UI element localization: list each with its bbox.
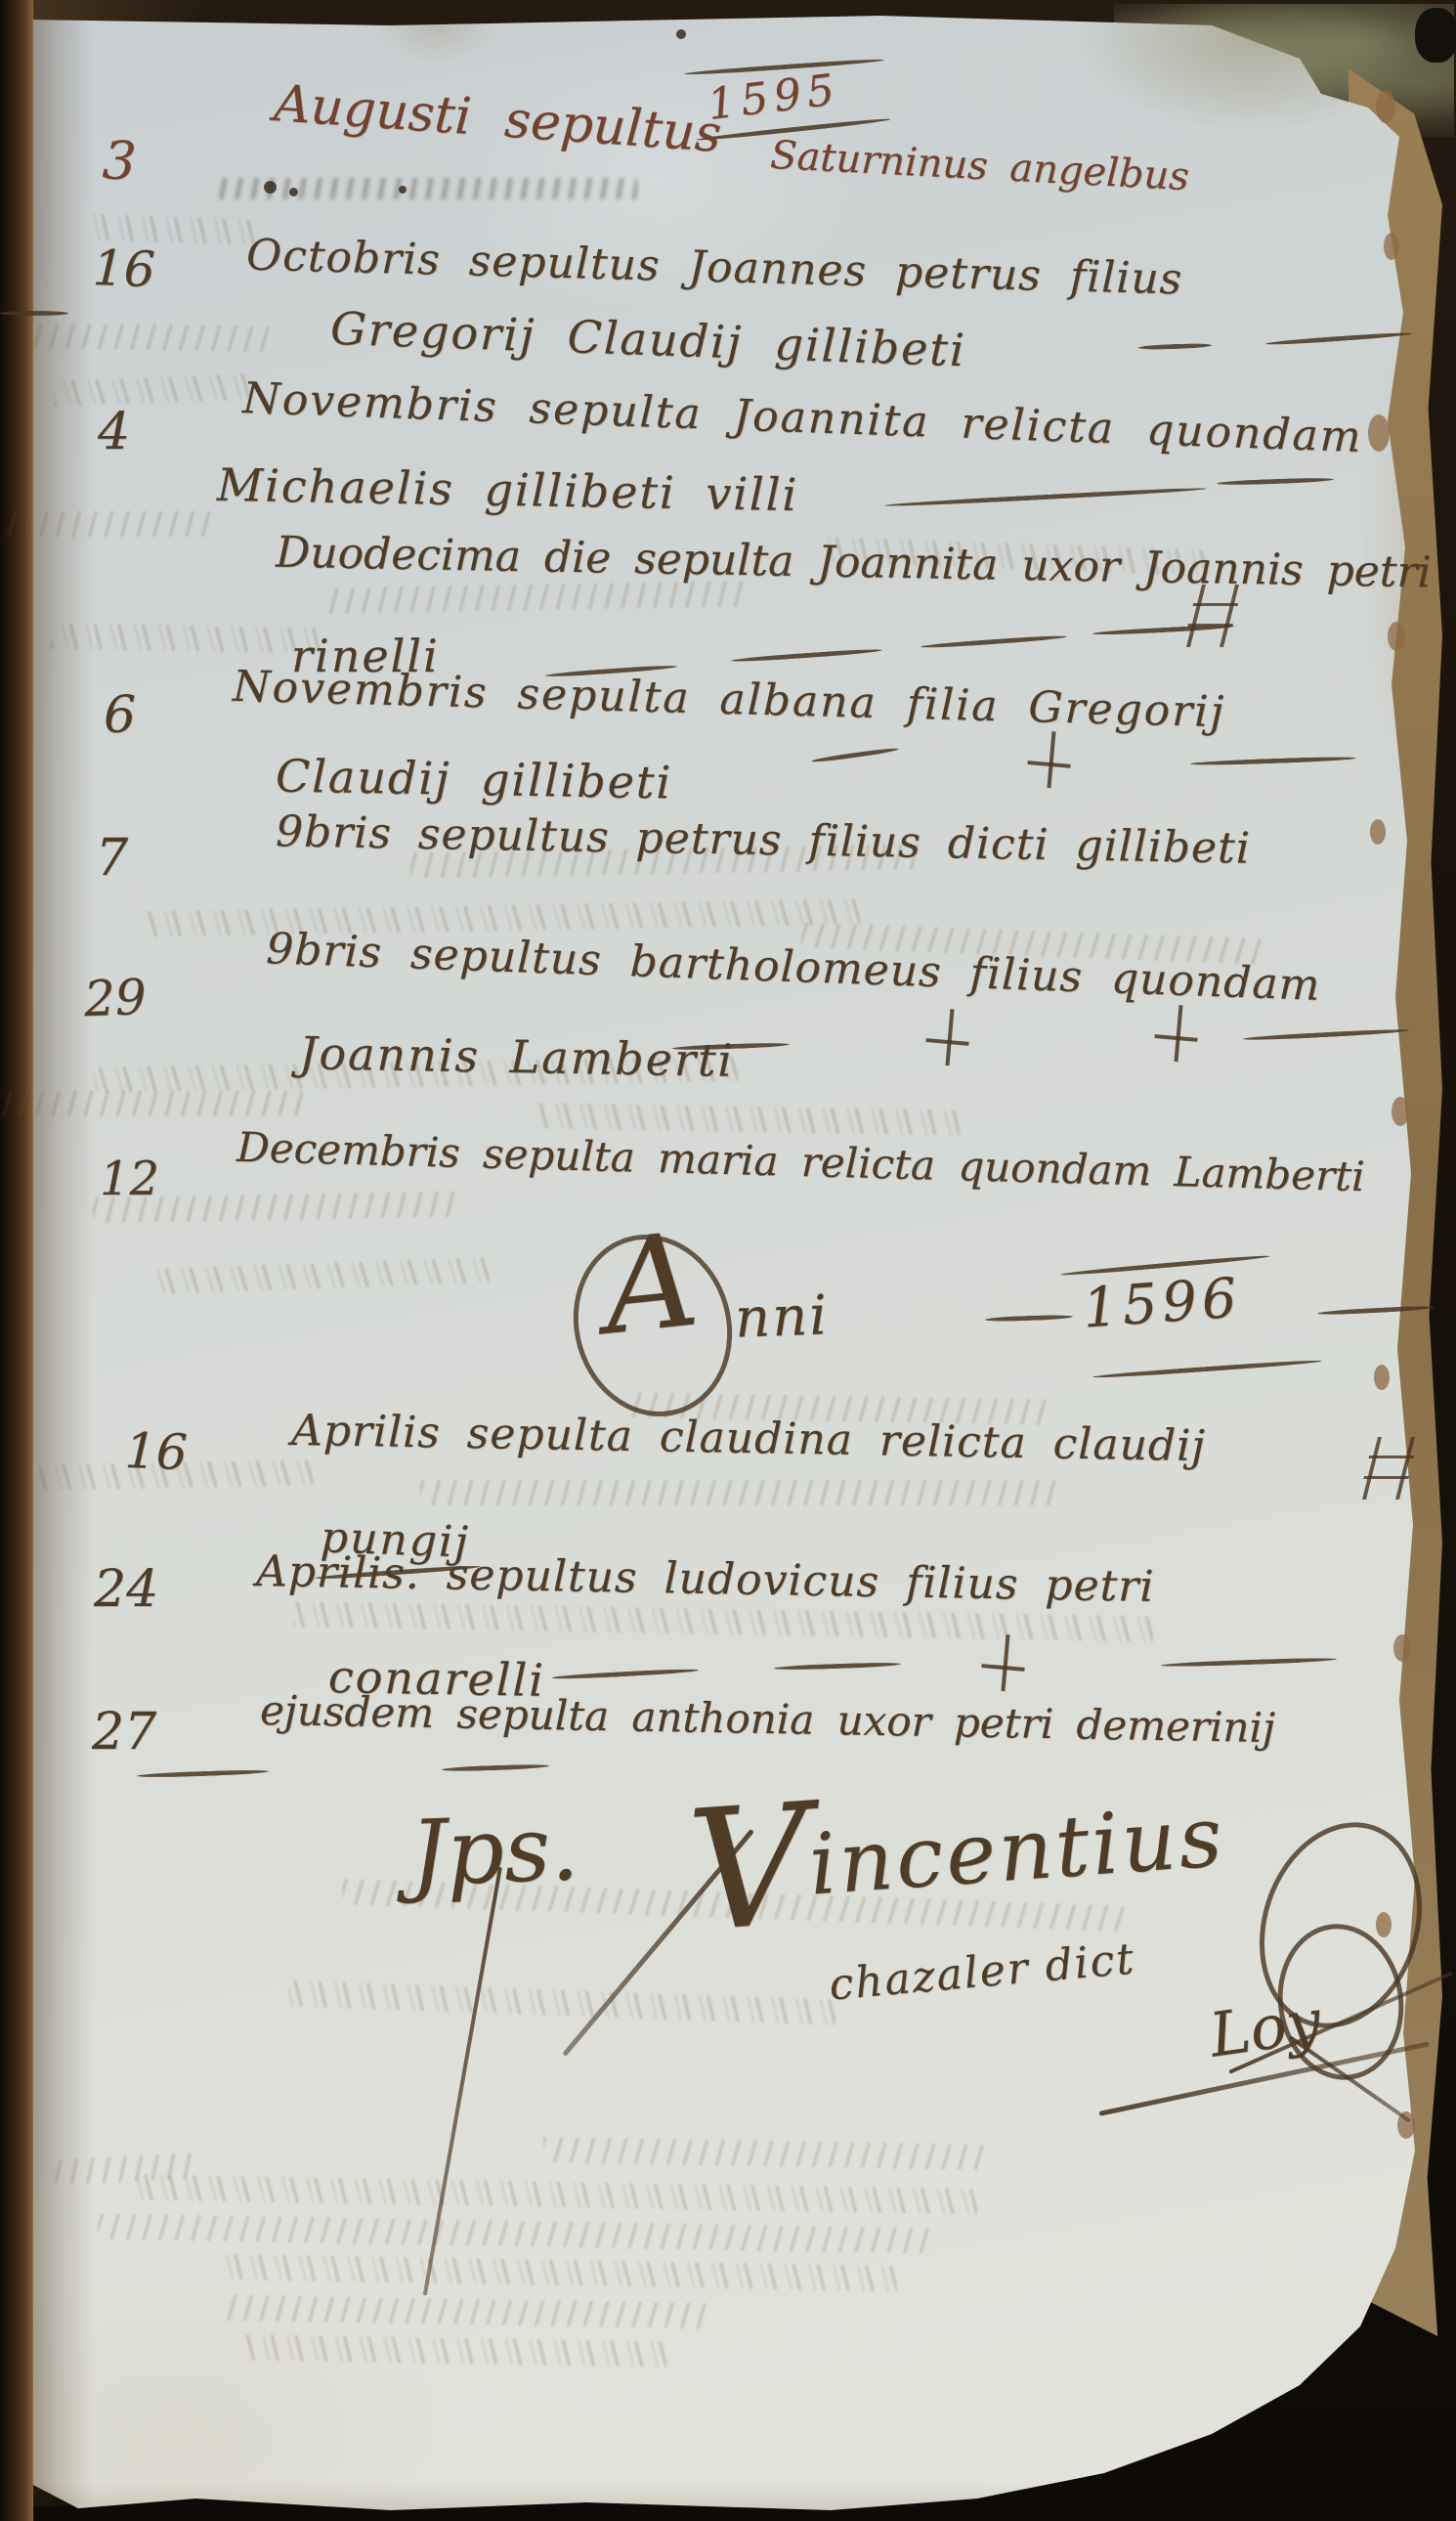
anni-heading-initial: A bbox=[597, 1215, 704, 1353]
book-binding-edge bbox=[0, 0, 33, 2521]
entry-day: 7 bbox=[96, 833, 128, 884]
entry-day: 4 bbox=[98, 407, 130, 457]
ink-blot-dot bbox=[289, 188, 298, 196]
page-edge-hole bbox=[1415, 8, 1456, 63]
signature-initials: Jps. bbox=[408, 1804, 579, 1899]
entry-day: 29 bbox=[83, 973, 147, 1023]
anni-heading-year: 1596 bbox=[1081, 1271, 1243, 1336]
bleedthrough-ghost-line bbox=[420, 1480, 1055, 1505]
entry-day: 3 bbox=[102, 134, 138, 189]
ink-blot-dot bbox=[264, 181, 277, 194]
entry-line: Claudij gillibeti bbox=[276, 753, 673, 804]
entry-line: Michaelis gillibeti villi bbox=[217, 462, 799, 517]
entry-day: 16 bbox=[92, 243, 155, 294]
manuscript-photo: 1595 3 Augusti sepultus Saturninus angel… bbox=[0, 0, 1456, 2521]
signature-name-initial: V bbox=[683, 1768, 816, 1970]
ink-blot-dot bbox=[676, 29, 686, 39]
entry-day: 12 bbox=[100, 1155, 159, 1202]
page-edge-stain bbox=[1384, 233, 1399, 260]
entry-line: Joannis Lamberti bbox=[299, 1030, 735, 1083]
page-edge-stain bbox=[1376, 90, 1395, 123]
entry-day: 24 bbox=[94, 1564, 158, 1615]
bleedthrough-ghost-line bbox=[51, 624, 320, 654]
ink-smudge bbox=[217, 178, 637, 199]
page-edge-stain bbox=[1374, 1365, 1390, 1390]
anni-heading-word: nni bbox=[734, 1288, 830, 1346]
signature-name-rest: incentius bbox=[806, 1788, 1228, 1914]
page-edge-stain bbox=[1388, 622, 1405, 651]
entry-day: 16 bbox=[124, 1426, 188, 1477]
pen-flourish-cross bbox=[1153, 1003, 1201, 1064]
signature-line3: Loy bbox=[1206, 1990, 1324, 2065]
bleedthrough-ghost-line bbox=[0, 511, 210, 537]
pen-flourish-dash bbox=[0, 311, 68, 316]
pen-flourish-cross bbox=[1026, 729, 1074, 790]
ink-blot-dot bbox=[399, 186, 407, 194]
entry-day: 6 bbox=[104, 690, 136, 741]
page-edge-stain bbox=[1368, 414, 1390, 452]
page-edge-stain bbox=[1392, 1097, 1409, 1126]
entry-day: 27 bbox=[92, 1707, 156, 1758]
pen-flourish-cross bbox=[924, 1007, 972, 1067]
page-edge-stain bbox=[1393, 1634, 1411, 1662]
bleedthrough-ghost-line bbox=[24, 323, 269, 352]
bleedthrough-ghost-line bbox=[0, 1091, 303, 1116]
page-edge-stain bbox=[1370, 819, 1386, 845]
pen-flourish-cross bbox=[980, 1632, 1028, 1693]
